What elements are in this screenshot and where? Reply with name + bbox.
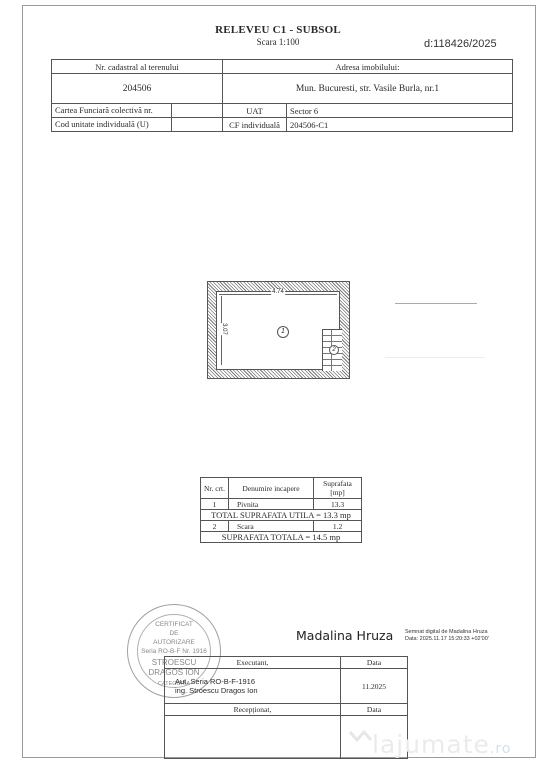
cadastral-value: 204506 bbox=[52, 74, 223, 104]
digital-signature-name: Madalina Hruza bbox=[296, 628, 393, 643]
height-dimension: 3.07 bbox=[221, 296, 222, 365]
unit-code-row: Cod unitate individuală (U) bbox=[52, 118, 223, 132]
receptionat-value bbox=[165, 716, 341, 759]
floor-plan: 4.74 3.07 1 2 bbox=[207, 281, 350, 379]
receptionat-date-label: Data bbox=[341, 704, 408, 716]
reference-line bbox=[395, 303, 477, 304]
address-value: Mun. Bucuresti, str. Vasile Burla, nr.1 bbox=[223, 74, 513, 104]
reference-line-faint bbox=[385, 357, 485, 358]
unit-code-label: Cod unitate individuală (U) bbox=[52, 118, 172, 131]
property-info-table: Nr. cadastral al terenului Adresa imobil… bbox=[51, 59, 513, 132]
table-row: 2 Scara 1.2 bbox=[201, 521, 362, 532]
watermark: lajumate.ro bbox=[372, 730, 511, 759]
total-area: SUPRAFATA TOTALA = 14.5 mp bbox=[201, 532, 362, 543]
executant-date: 11.2025 bbox=[341, 669, 408, 704]
cf-collective-label: Cartea Funciară colectivă nr. bbox=[52, 104, 172, 117]
header-area: Suprafata [mp] bbox=[314, 478, 362, 499]
room-pivnita: 4.74 3.07 1 2 bbox=[216, 291, 340, 370]
cadastral-label: Nr. cadastral al terenului bbox=[52, 60, 223, 74]
width-dimension: 4.74 bbox=[219, 294, 337, 295]
executant-name: Aut. Seria RO-B-F-1916 ing. Stroescu Dra… bbox=[165, 669, 341, 704]
room-1-marker: 1 bbox=[277, 326, 289, 338]
cf-individual-value: 204506-C1 bbox=[287, 118, 513, 132]
table-row: 1 Pivnita 13.3 bbox=[201, 499, 362, 510]
header-nr: Nr. crt. bbox=[201, 478, 229, 499]
digital-signature-meta: Semnat digital de Madalina Hruza Data: 2… bbox=[405, 629, 489, 643]
total-useful-area: TOTAL SUPRAFATA UTILA = 13.3 mp bbox=[201, 510, 362, 521]
cf-individual-label: CF individuală bbox=[223, 118, 287, 132]
area-table: Nr. crt. Denumire incapere Suprafata [mp… bbox=[200, 477, 362, 543]
uat-label: UAT bbox=[223, 104, 287, 118]
address-label: Adresa imobilului: bbox=[223, 60, 513, 74]
room-2-marker: 2 bbox=[329, 345, 339, 355]
document-number: d:118426/2025 bbox=[424, 38, 497, 50]
document-title: RELEVEU C1 - SUBSOL bbox=[0, 24, 556, 36]
receptionat-label: Recepționat, bbox=[165, 704, 341, 716]
executant-date-label: Data bbox=[341, 657, 408, 669]
uat-value: Sector 6 bbox=[287, 104, 513, 118]
cf-collective-row: Cartea Funciară colectivă nr. bbox=[52, 104, 223, 118]
header-name: Denumire incapere bbox=[229, 478, 314, 499]
executant-label: Executant, bbox=[165, 657, 341, 669]
